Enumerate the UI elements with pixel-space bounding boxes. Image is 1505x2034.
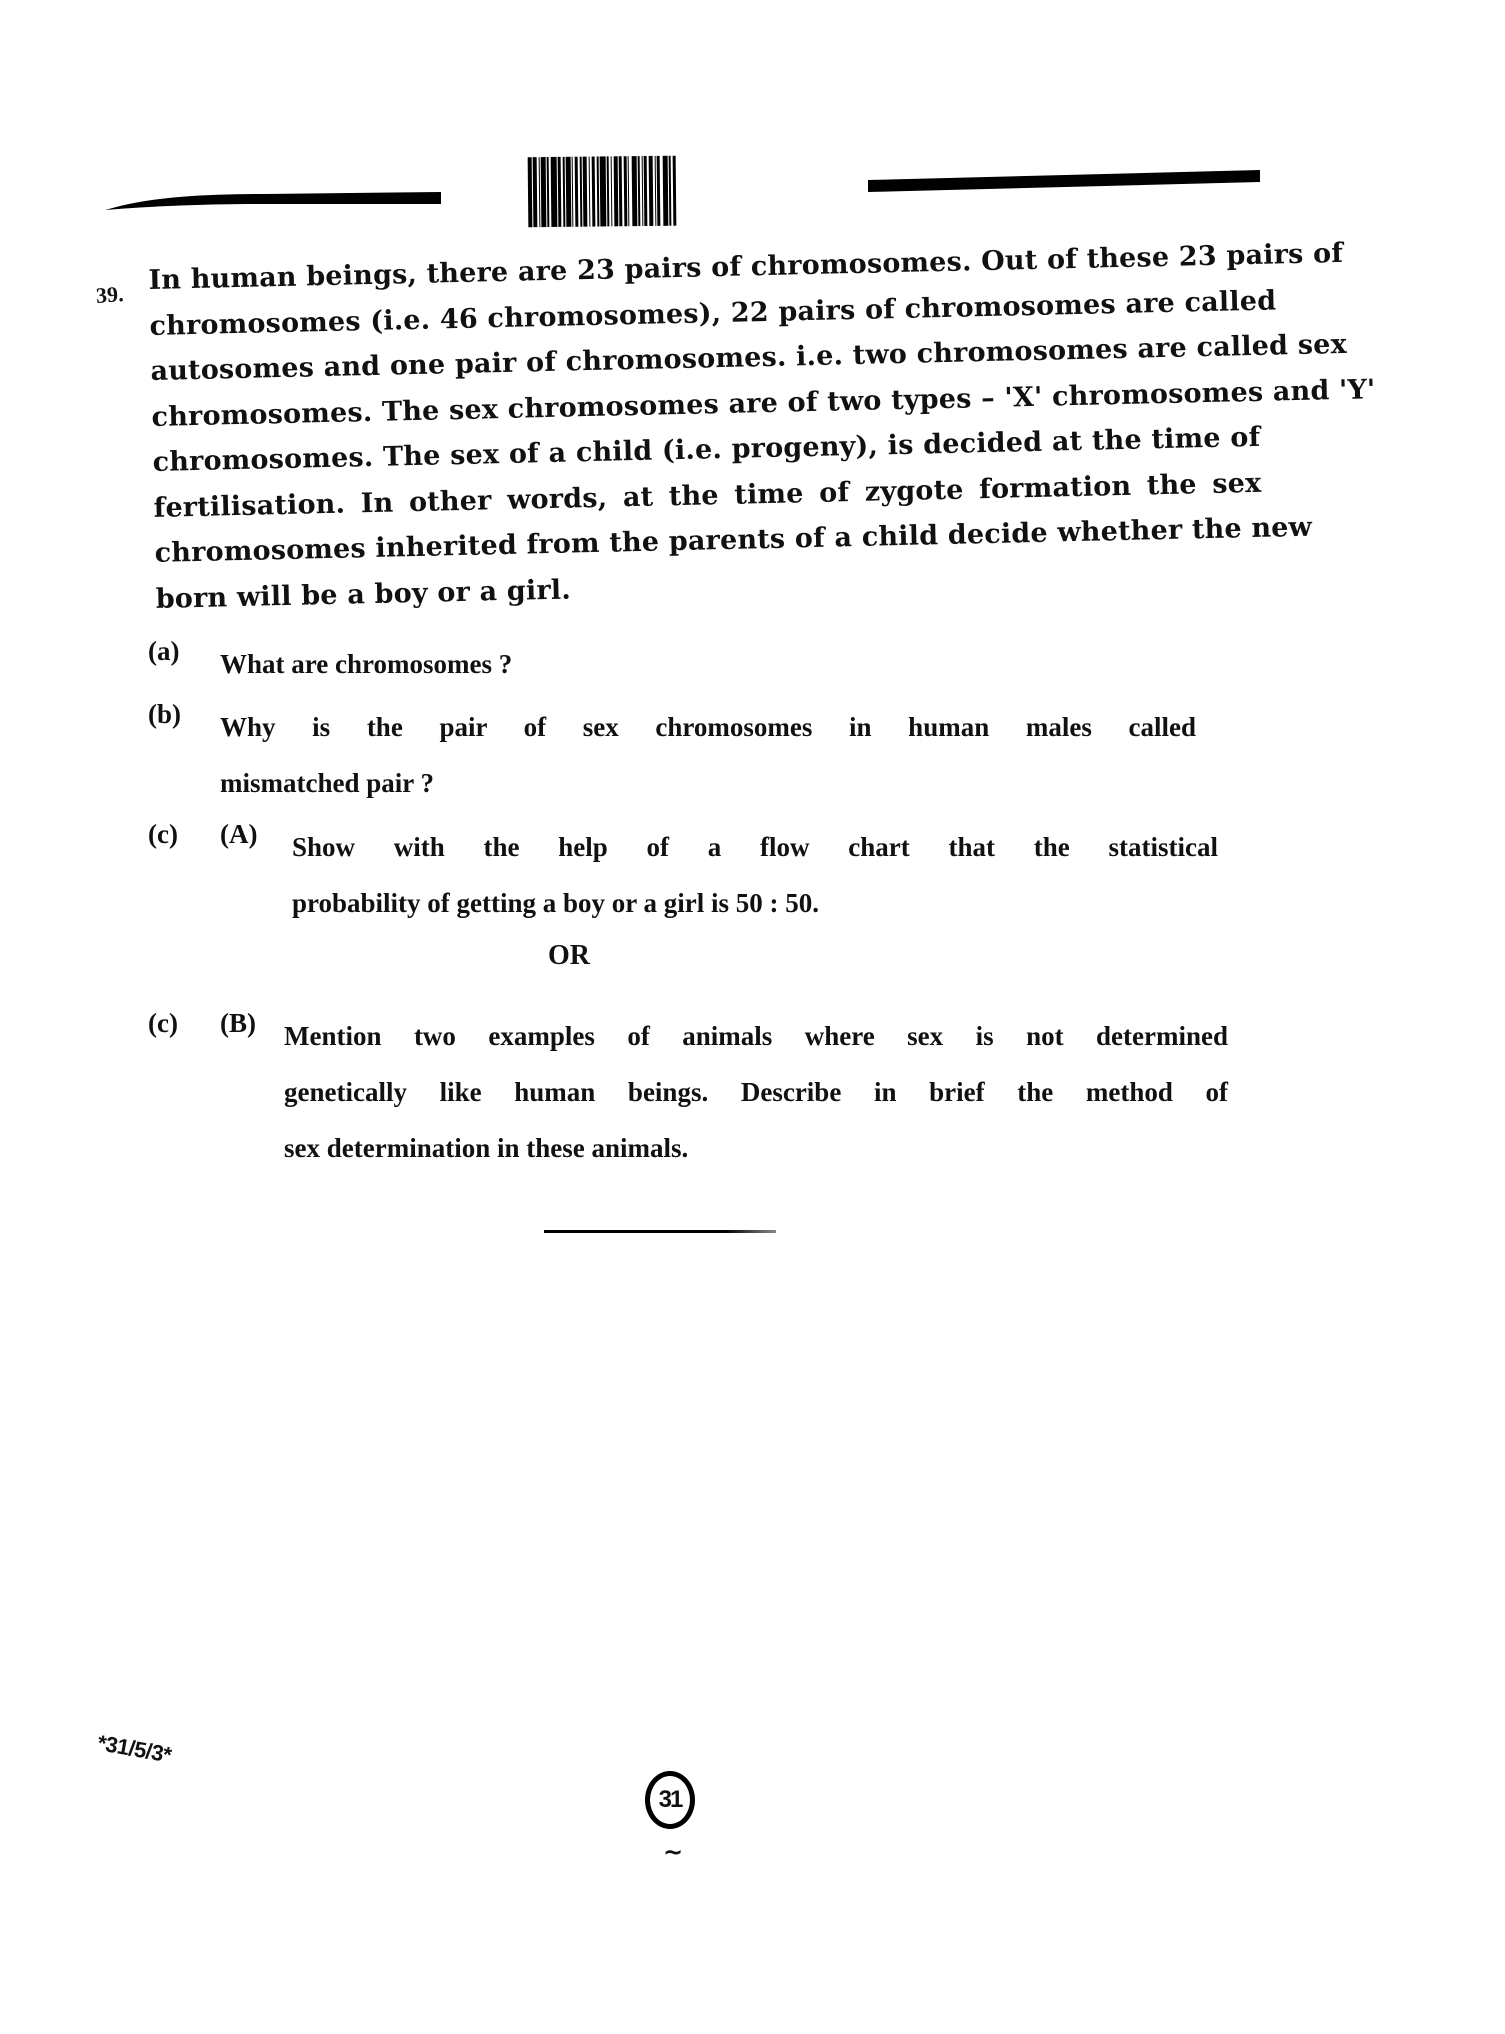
end-divider [544, 1230, 776, 1233]
exam-page: 39. In human beings, there are 23 pairs … [0, 0, 1505, 2034]
header-stroke-left [105, 192, 441, 210]
barcode [528, 155, 765, 227]
subquestion-text: probability of getting a boy or a girl i… [292, 875, 1218, 931]
question-number: 39. [95, 281, 124, 309]
subquestion-sublabel: (A) [220, 819, 257, 850]
or-separator: OR [548, 940, 590, 972]
paper-code: *31/5/3* [95, 1730, 173, 1769]
subquestion-text: sex determination in these animals. [284, 1120, 1228, 1176]
subquestion-text: Mention two examples of animals where se… [284, 1008, 1228, 1064]
subquestion-text: Why is the pair of sex chromosomes in hu… [220, 699, 1196, 755]
subquestion-text: What are chromosomes ? [220, 636, 1208, 692]
subquestion-text: Show with the help of a flow chart that … [292, 819, 1218, 875]
subquestion-text: genetically like human beings. Describe … [284, 1064, 1228, 1120]
subquestion-label: (c) [148, 819, 178, 850]
subquestion-text: mismatched pair ? [220, 755, 1196, 811]
subquestion-label: (a) [148, 636, 179, 667]
page-number: 31 [659, 1786, 682, 1814]
subquestion-sublabel: (B) [220, 1008, 256, 1039]
barcode-space [676, 156, 678, 226]
header-stroke-right [868, 170, 1260, 192]
subquestion-label: (b) [148, 699, 181, 730]
question-paragraph: In human beings, there are 23 pairs of c… [148, 233, 1264, 622]
tilde-mark: ~ [663, 1838, 683, 1866]
page-number-badge: 31 [645, 1771, 695, 1829]
subquestion-label: (c) [148, 1008, 178, 1039]
